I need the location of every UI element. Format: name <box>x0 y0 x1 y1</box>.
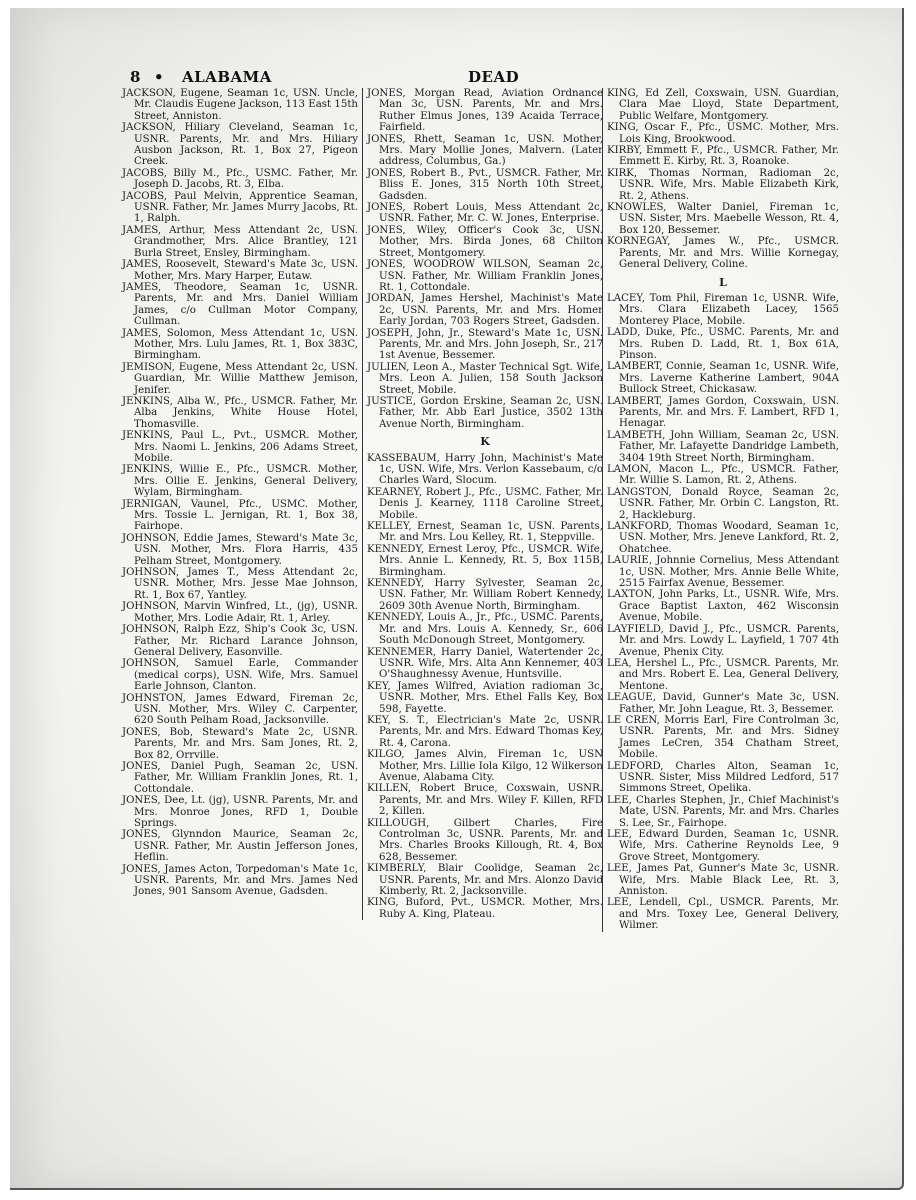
casualty-entry: KENNEDY, Harry Sylvester, Seaman 2c, USN… <box>367 578 603 612</box>
casualty-entry: JAMES, Theodore, Seaman 1c, USNR. Parent… <box>122 282 358 328</box>
page-number: 8 <box>130 68 140 86</box>
casualty-entry: KENNEDY, Louis A., Jr., Pfc., USMC. Pare… <box>367 612 603 646</box>
casualty-entry: JENKINS, Paul L., Pvt., USMCR. Mother, M… <box>122 430 358 464</box>
column-1: JACKSON, Eugene, Seaman 1c, USN. Uncle, … <box>122 88 358 898</box>
casualty-entry: LADD, Duke, Pfc., USMC. Parents, Mr. and… <box>607 327 839 361</box>
casualty-entry: KENNEMER, Harry Daniel, Watertender 2c, … <box>367 647 603 681</box>
casualty-entry: LANGSTON, Donald Royce, Seaman 2c, USNR.… <box>607 487 839 521</box>
casualty-entry: JACKSON, Hiliary Cleveland, Seaman 1c, U… <box>122 122 358 168</box>
casualty-entry: JERNIGAN, Vaunel, Pfc., USMC. Mother, Mr… <box>122 499 358 533</box>
casualty-entry: JOHNSON, Eddie James, Steward's Mate 3c,… <box>122 533 358 567</box>
casualty-entry: JONES, Bob, Steward's Mate 2c, USNR. Par… <box>122 727 358 761</box>
casualty-entry: JAMES, Arthur, Mess Attendant 2c, USN. G… <box>122 225 358 259</box>
casualty-entry: JONES, Glynndon Maurice, Seaman 2c, USNR… <box>122 829 358 863</box>
casualty-entry: KILGO, James Alvin, Fireman 1c, USN Moth… <box>367 749 603 783</box>
casualty-entry: KIRBY, Emmett F., Pfc., USMCR. Father, M… <box>607 145 839 168</box>
casualty-entry: KIMBERLY, Blair Coolidge, Seaman 2c, USN… <box>367 863 603 897</box>
casualty-entry: LAMBERT, James Gordon, Coxswain, USN. Pa… <box>607 396 839 430</box>
casualty-entry: KNOWLES, Walter Daniel, Fireman 1c, USN.… <box>607 202 839 236</box>
casualty-entry: JOHNSON, James T., Mess Attendant 2c, US… <box>122 567 358 601</box>
casualty-entry: LAYFIELD, David J., Pfc., USMCR. Parents… <box>607 624 839 658</box>
casualty-entry: LEE, Charles Stephen, Jr., Chief Machini… <box>607 795 839 829</box>
casualty-entry: KENNEDY, Ernest Leroy, Pfc., USMCR. Wife… <box>367 544 603 578</box>
casualty-entry: KELLEY, Ernest, Seaman 1c, USN. Parents,… <box>367 521 603 544</box>
casualty-entry: JONES, Robert B., Pvt., USMCR. Father, M… <box>367 168 603 202</box>
casualty-entry: KILLOUGH, Gilbert Charles, Fire Controlm… <box>367 818 603 864</box>
casualty-entry: JOSEPH, John, Jr., Steward's Mate 1c, US… <box>367 328 603 362</box>
casualty-entry: KORNEGAY, James W., Pfc., USMCR. Parents… <box>607 236 839 270</box>
casualty-entry: JONES, James Acton, Torpedoman's Mate 1c… <box>122 864 358 898</box>
casualty-entry: KIRK, Thomas Norman, Radioman 2c, USNR. … <box>607 168 839 202</box>
section-title: DEAD <box>468 68 519 86</box>
casualty-entry: JONES, Rhett, Seaman 1c, USN. Mother, Mr… <box>367 134 603 168</box>
casualty-entry: JONES, Daniel Pugh, Seaman 2c, USN. Fath… <box>122 761 358 795</box>
casualty-entry: KEARNEY, Robert J., Pfc., USMC. Father, … <box>367 487 603 521</box>
casualty-entry: LAMON, Macon L., Pfc., USMCR. Father, Mr… <box>607 464 839 487</box>
casualty-entry: LACEY, Tom Phil, Fireman 1c, USNR. Wife,… <box>607 293 839 327</box>
casualty-entry: JENKINS, Willie E., Pfc., USMCR. Mother,… <box>122 464 358 498</box>
casualty-entry: KING, Oscar F., Pfc., USMC. Mother, Mrs.… <box>607 122 839 145</box>
casualty-entry: JEMISON, Eugene, Mess Attendant 2c, USN.… <box>122 362 358 396</box>
casualty-entry: KASSEBAUM, Harry John, Machinist's Mate … <box>367 453 603 487</box>
casualty-entry: JOHNSTON, James Edward, Fireman 2c, USN.… <box>122 693 358 727</box>
casualty-entry: LAMBERT, Connie, Seaman 1c, USNR. Wife, … <box>607 361 839 395</box>
casualty-entry: KEY, S. T., Electrician's Mate 2c, USNR.… <box>367 715 603 749</box>
casualty-entry: JONES, WOODROW WILSON, Seaman 2c, USN. F… <box>367 259 603 293</box>
column-3: KING, Ed Zell, Coxswain, USN. Guardian, … <box>602 88 839 932</box>
casualty-entry: LANKFORD, Thomas Woodard, Seaman 1c, USN… <box>607 521 839 555</box>
casualty-entry: KING, Ed Zell, Coxswain, USN. Guardian, … <box>607 88 839 122</box>
casualty-entry: JONES, Morgan Read, Aviation Ordnance Ma… <box>367 88 603 134</box>
casualty-entry: JAMES, Roosevelt, Steward's Mate 3c, USN… <box>122 259 358 282</box>
column-2: JONES, Morgan Read, Aviation Ordnance Ma… <box>362 88 603 920</box>
casualty-entry: JONES, Robert Louis, Mess Attendant 2c, … <box>367 202 603 225</box>
casualty-entry: LEE, Edward Durden, Seaman 1c, USNR. Wif… <box>607 829 839 863</box>
casualty-entry: JAMES, Solomon, Mess Attendant 1c, USN. … <box>122 328 358 362</box>
casualty-entry: KEY, James Wilfred, Aviation radioman 3c… <box>367 681 603 715</box>
casualty-entry: JORDAN, James Hershel, Machinist's Mate … <box>367 293 603 327</box>
casualty-entry: JULIEN, Leon A., Master Technical Sgt. W… <box>367 362 603 396</box>
section-letter-heading: L <box>607 277 839 288</box>
casualty-entry: JACKSON, Eugene, Seaman 1c, USN. Uncle, … <box>122 88 358 122</box>
section-letter-heading: K <box>367 436 603 447</box>
casualty-entry: LE CREN, Morris Earl, Fire Controlman 3c… <box>607 715 839 761</box>
casualty-entry: JOHNSON, Marvin Winfred, Lt., (jg), USNR… <box>122 601 358 624</box>
casualty-entry: JOHNSON, Ralph Ezz, Ship's Cook 3c, USN.… <box>122 624 358 658</box>
casualty-entry: LAMBETH, John William, Seaman 2c, USN. F… <box>607 430 839 464</box>
casualty-entry: LEE, Lendell, Cpl., USMCR. Parents, Mr. … <box>607 897 839 931</box>
bullet-separator: • <box>154 68 164 86</box>
casualty-entry: JACOBS, Billy M., Pfc., USMC. Father, Mr… <box>122 168 358 191</box>
casualty-entry: JONES, Dee, Lt. (jg), USNR. Parents, Mr.… <box>122 795 358 829</box>
state-title: ALABAMA <box>182 68 272 86</box>
casualty-entry: LEDFORD, Charles Alton, Seaman 1c, USNR.… <box>607 761 839 795</box>
casualty-entry: LEA, Hershel L., Pfc., USMCR. Parents, M… <box>607 658 839 692</box>
casualty-entry: KING, Buford, Pvt., USMCR. Mother, Mrs. … <box>367 897 603 920</box>
casualty-entry: JENKINS, Alba W., Pfc., USMCR. Father, M… <box>122 396 358 430</box>
casualty-entry: LAXTON, John Parks, Lt., USNR. Wife, Mrs… <box>607 589 839 623</box>
casualty-entry: LEE, James Pat, Gunner's Mate 3c, USNR. … <box>607 863 839 897</box>
casualty-entry: KILLEN, Robert Bruce, Coxswain, USNR. Pa… <box>367 783 603 817</box>
casualty-entry: JACOBS, Paul Melvin, Apprentice Seaman, … <box>122 191 358 225</box>
casualty-entry: JOHNSON, Samuel Earle, Commander (medica… <box>122 658 358 692</box>
casualty-entry: JUSTICE, Gordon Erskine, Seaman 2c, USN.… <box>367 396 603 430</box>
casualty-entry: JONES, Wiley, Officer's Cook 3c, USN. Mo… <box>367 225 603 259</box>
casualty-entry: LAURIE, Johnnie Cornelius, Mess Attendan… <box>607 555 839 589</box>
casualty-entry: LEAGUE, David, Gunner's Mate 3c, USN. Fa… <box>607 692 839 715</box>
